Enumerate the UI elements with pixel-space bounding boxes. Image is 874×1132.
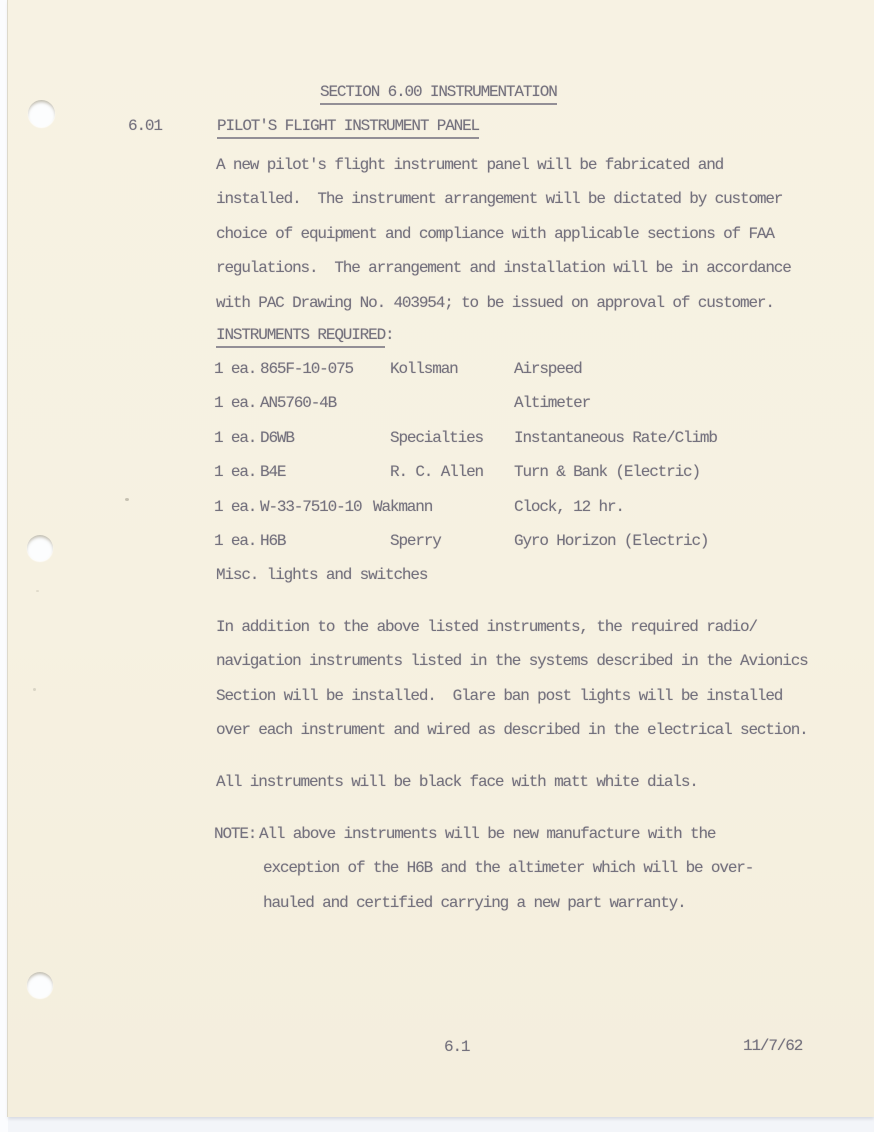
instrument-part-number: D6WB <box>260 421 294 455</box>
paragraph-3: All instruments will be black face with … <box>216 765 698 799</box>
table-row-misc: Misc. lights and switches <box>214 558 774 592</box>
paragraph-line: regulations. The arrangement and install… <box>216 251 791 285</box>
paragraph-line: All instruments will be black face with … <box>216 765 698 799</box>
paragraph-2: In addition to the above listed instrume… <box>216 610 808 748</box>
instrument-maker: Specialties <box>390 421 483 455</box>
subsection-title: PILOT'S FLIGHT INSTRUMENT PANEL <box>217 115 479 139</box>
instrument-qty: 1 ea. <box>214 455 256 489</box>
instruments-misc-line: Misc. lights and switches <box>216 558 427 592</box>
instrument-part-number: 865F-10-075 <box>260 352 353 386</box>
note-line: All above instruments will be new manufa… <box>259 817 753 851</box>
instrument-maker: Wakmann <box>373 490 432 524</box>
instrument-qty: 1 ea. <box>214 421 256 455</box>
table-row: 1 ea. AN5760-4B Altimeter <box>214 386 774 420</box>
instrument-maker: R. C. Allen <box>390 455 483 489</box>
table-row: 1 ea. W-33-7510-10 Wakmann Clock, 12 hr. <box>214 490 774 524</box>
section-number: 6.01 <box>128 117 162 135</box>
instrument-qty: 1 ea. <box>214 490 256 524</box>
instruments-required-colon: : <box>385 326 393 344</box>
instrument-description: Clock, 12 hr. <box>514 490 624 524</box>
paper-speck <box>125 498 129 501</box>
paragraph-line: Section will be installed. Glare ban pos… <box>216 679 808 713</box>
note-block: NOTE: All above instruments will be new … <box>214 817 814 927</box>
instruments-required-heading: INSTRUMENTS REQUIRED <box>216 324 385 348</box>
paragraph-line: over each instrument and wired as descri… <box>216 713 808 747</box>
paragraph-line: navigation instruments listed in the sys… <box>216 644 808 678</box>
instrument-description: Altimeter <box>514 386 590 420</box>
scanned-page: SECTION 6.00 INSTRUMENTATION 6.01 PILOT'… <box>0 0 874 1132</box>
instrument-maker: Kollsman <box>390 352 458 386</box>
punch-hole-middle <box>27 535 53 561</box>
instrument-maker: Sperry <box>390 524 441 558</box>
instrument-part-number: B4E <box>260 455 285 489</box>
punch-hole-bottom <box>27 972 53 998</box>
table-row: 1 ea. D6WB Specialties Instantaneous Rat… <box>214 421 774 455</box>
instrument-part-number: W-33-7510-10 <box>260 490 361 524</box>
section-title: SECTION 6.00 INSTRUMENTATION <box>320 81 557 105</box>
table-row: 1 ea. B4E R. C. Allen Turn & Bank (Elect… <box>214 455 774 489</box>
instrument-qty: 1 ea. <box>214 352 256 386</box>
footer-date: 11/7/62 <box>743 1037 802 1055</box>
paper-speck <box>36 590 39 592</box>
note-line: exception of the H6B and the altimeter w… <box>263 851 753 885</box>
instruments-table: 1 ea. 865F-10-075 Kollsman Airspeed 1 ea… <box>214 352 774 593</box>
note-line: hauled and certified carrying a new part… <box>263 886 753 920</box>
paragraph-line: with PAC Drawing No. 403954; to be issue… <box>216 286 791 320</box>
instrument-part-number: AN5760-4B <box>260 386 336 420</box>
paragraph-line: In addition to the above listed instrume… <box>216 610 808 644</box>
paper-speck <box>33 688 36 691</box>
table-row: 1 ea. H6B Sperry Gyro Horizon (Electric) <box>214 524 774 558</box>
paragraph-line: choice of equipment and compliance with … <box>216 217 791 251</box>
instrument-qty: 1 ea. <box>214 386 256 420</box>
instrument-description: Airspeed <box>514 352 582 386</box>
paragraph-line: installed. The instrument arrangement wi… <box>216 182 791 216</box>
paragraph-line: A new pilot's flight instrument panel wi… <box>216 148 791 182</box>
instrument-description: Instantaneous Rate/Climb <box>514 421 717 455</box>
instrument-description: Turn & Bank (Electric) <box>514 455 700 489</box>
instrument-qty: 1 ea. <box>214 524 256 558</box>
paragraph-1: A new pilot's flight instrument panel wi… <box>216 148 791 320</box>
instrument-description: Gyro Horizon (Electric) <box>514 524 708 558</box>
table-row: 1 ea. 865F-10-075 Kollsman Airspeed <box>214 352 774 386</box>
note-label: NOTE: <box>214 817 256 851</box>
punch-hole-top <box>28 100 55 127</box>
instrument-part-number: H6B <box>260 524 285 558</box>
footer-page-number: 6.1 <box>444 1038 469 1056</box>
